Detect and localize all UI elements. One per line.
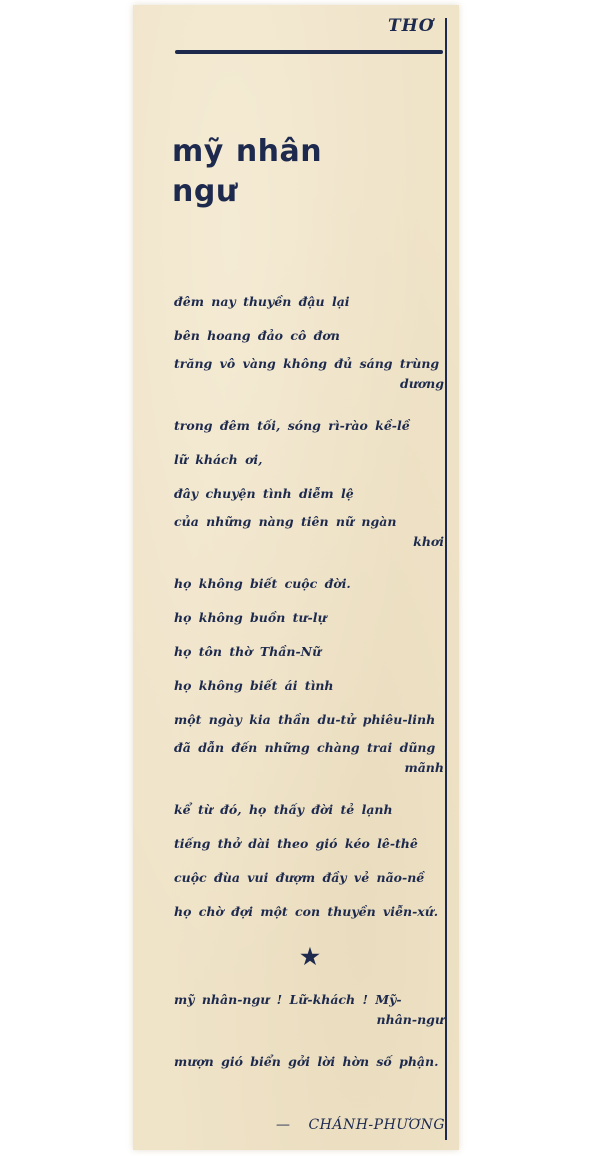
poem-line-continuation: dương (174, 375, 446, 409)
author-name: CHÁNH-PHƯƠNG (308, 1117, 445, 1133)
horizontal-rule (175, 50, 443, 54)
poem-line-continuation: khơi (174, 533, 446, 567)
poem-line: trong đêm tối, sóng rì-rào kề-lề (174, 409, 446, 443)
poem-line: mỹ nhân-ngư ! Lữ-khách ! Mỹ- (174, 989, 446, 1011)
poem-line: đêm nay thuyền đậu lại (174, 285, 446, 319)
poem-line: của những nàng tiên nữ ngàn (174, 511, 446, 533)
poem-line: mượn gió biển gởi lời hờn số phận. (174, 1045, 446, 1079)
section-label: THƠ (388, 16, 435, 36)
title-word: ngư (172, 172, 238, 212)
poem-line-continuation: nhân-ngư (174, 1011, 446, 1045)
poem-line: bên hoang đảo cô đơn (174, 319, 446, 353)
poem-line: họ tôn thờ Thần-Nữ (174, 635, 446, 669)
poem-line: họ không buồn tư-lự (174, 601, 446, 635)
poem-title: mỹnhân ngư (172, 132, 334, 212)
poem-line: trăng vô vàng không đủ sáng trùng (174, 353, 446, 375)
author-dash: — (276, 1117, 291, 1133)
poem-line: kể từ đó, họ thấy đời tẻ lạnh (174, 793, 446, 827)
poem-line: họ không biết ái tình (174, 669, 446, 703)
star-icon: ★ (174, 929, 446, 989)
poem-line: tiếng thở dài theo gió kéo lê-thê (174, 827, 446, 861)
poem-line: họ không biết cuộc đời. (174, 567, 446, 601)
title-word: nhân (236, 132, 322, 172)
poem-line: đây chuyện tình diễm lệ (174, 477, 446, 511)
poem-line: đã dẫn đến những chàng trai dũng (174, 737, 446, 759)
author-signature: —CHÁNH-PHƯƠNG (276, 1117, 445, 1133)
poem-line-continuation: mãnh (174, 759, 446, 793)
poem-line: họ chờ đợi một con thuyền viễn-xứ. (174, 895, 446, 929)
poem-line: cuộc đùa vui đượm đầy vẻ não-nề (174, 861, 446, 895)
title-word: mỹ (172, 132, 224, 172)
poem-line: lữ khách ơi, (174, 443, 446, 477)
poem-body: đêm nay thuyền đậu lại bên hoang đảo cô … (174, 285, 446, 1079)
poem-line: một ngày kia thần du-tử phiêu-linh (174, 703, 446, 737)
